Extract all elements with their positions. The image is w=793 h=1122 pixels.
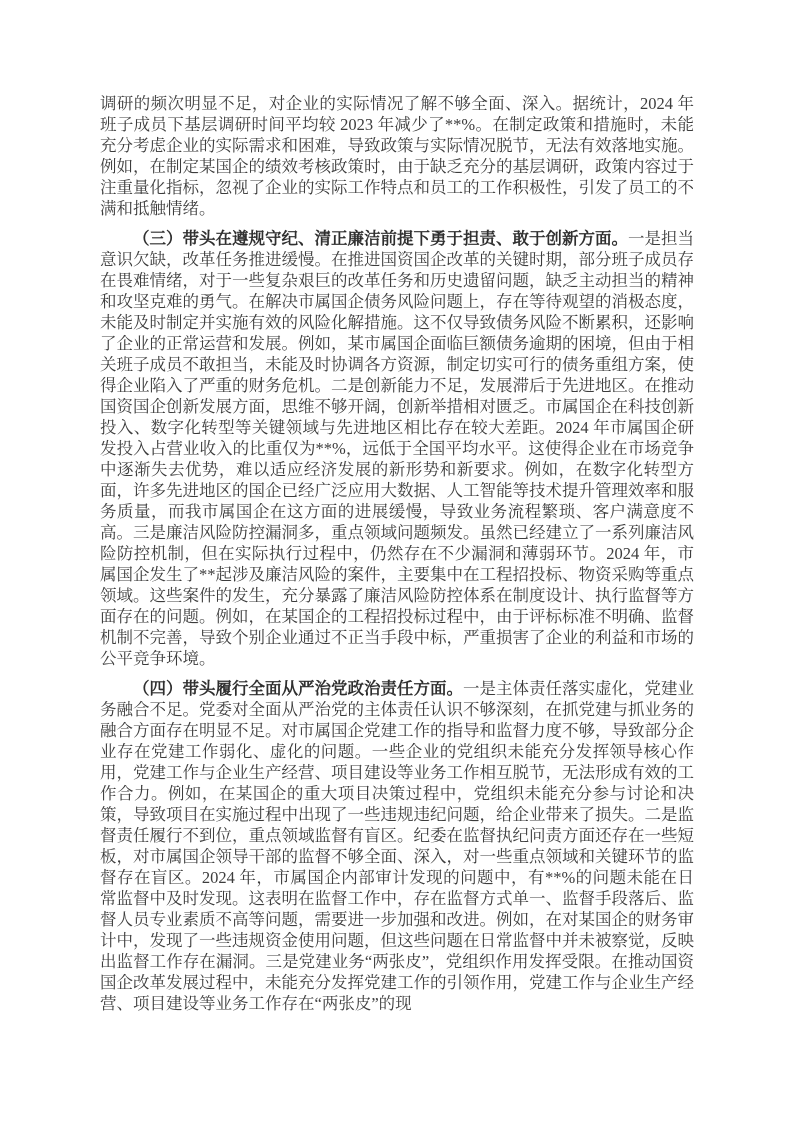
document-body: 调研的频次明显不足，对企业的实际情况了解不够全面、深入。据统计，2024 年班子… bbox=[100, 93, 694, 1014]
document-page: 调研的频次明显不足，对企业的实际情况了解不够全面、深入。据统计，2024 年班子… bbox=[0, 0, 793, 1122]
paragraph-section-three: （三）带头在遵规守纪、清正廉洁前提下勇于担责、敢于创新方面。一是担当意识欠缺，改… bbox=[100, 228, 694, 669]
paragraph-text: 调研的频次明显不足，对企业的实际情况了解不够全面、深入。据统计，2024 年班子… bbox=[100, 94, 694, 218]
section-four-heading: （四）带头履行全面从严治党政治责任方面。 bbox=[133, 679, 463, 698]
paragraph-section-four: （四）带头履行全面从严治党政治责任方面。一是主体责任落实虚化，党建业务融合不足。… bbox=[100, 678, 694, 1014]
paragraph-text: 一是主体责任落实虚化，党建业务融合不足。党委对全面从严治党的主体责任认识不够深刻… bbox=[100, 679, 694, 1013]
paragraph-text: 一是担当意识欠缺，改革任务推进缓慢。在推进国资国企改革的关键时期，部分班子成员存… bbox=[100, 229, 694, 668]
paragraph-continuation: 调研的频次明显不足，对企业的实际情况了解不够全面、深入。据统计，2024 年班子… bbox=[100, 93, 694, 219]
section-three-heading: （三）带头在遵规守纪、清正廉洁前提下勇于担责、敢于创新方面。 bbox=[133, 229, 628, 248]
